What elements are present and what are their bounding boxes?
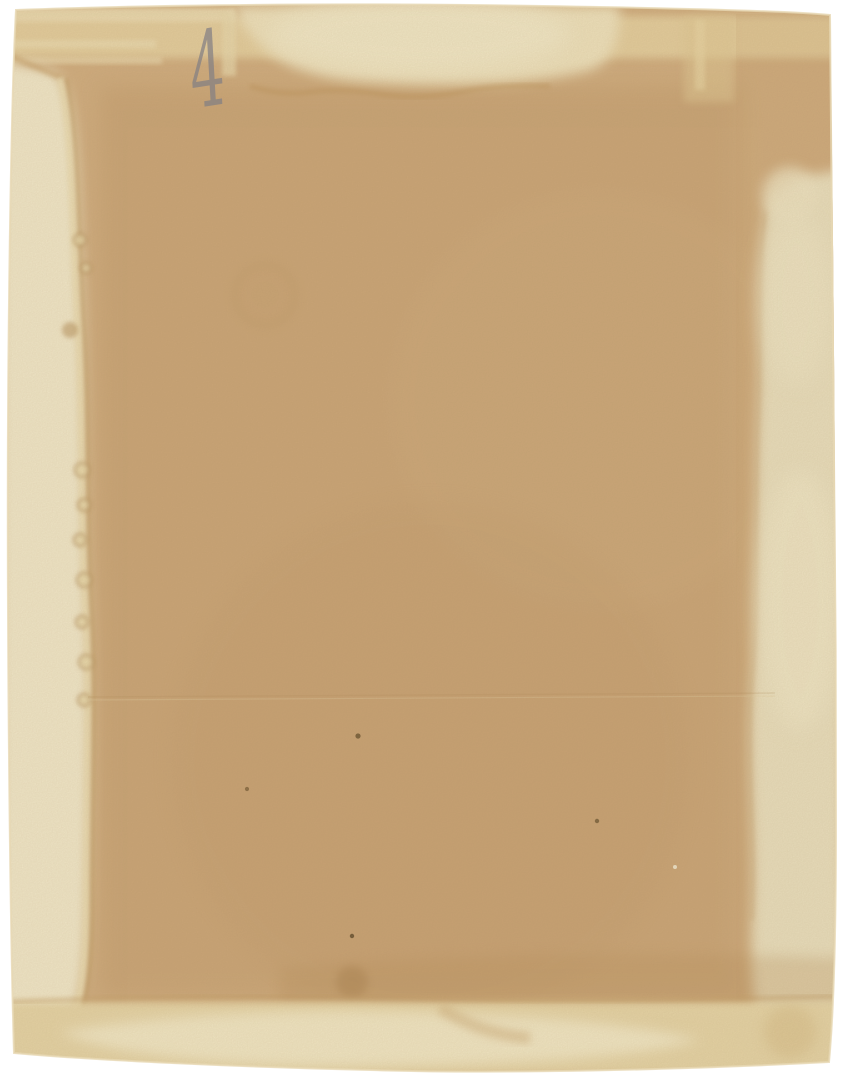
paper-grain-texture xyxy=(0,0,843,1080)
scanned-photo-verso: 4 xyxy=(0,0,843,1080)
paper-sheet: 4 xyxy=(0,0,843,1080)
photo-verso-rendering: 4 xyxy=(0,0,843,1080)
